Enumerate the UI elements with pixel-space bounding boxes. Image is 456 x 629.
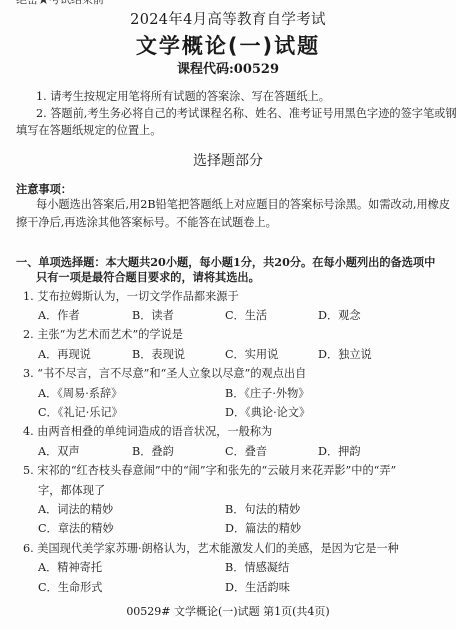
question-5: 5. 宋祁的“红杏枝头春意闹”中的“闹”字和张先的“云破月来花弄影”中的“弄” xyxy=(23,462,396,478)
q5-option-a: A．词法的精妙 xyxy=(38,501,113,517)
question-4: 4. 由两音相叠的单纯词造成的语音状况，一般称为 xyxy=(23,423,272,439)
question-2: 2. 主张“为艺术而艺术”的学说是 xyxy=(23,326,183,342)
q6-option-a: A．精神寄托 xyxy=(38,559,102,575)
question-1: 1. 艾布拉姆斯认为，一切文学作品都来源于 xyxy=(23,288,239,304)
question-stem: “书不尽言，言不尽意”和“圣人立象以尽意”的观点出自 xyxy=(37,367,306,380)
q3-option-a: A．《周易·系辞》 xyxy=(38,385,122,401)
q1-option-b: B．读者 xyxy=(132,307,174,323)
q6-option-d: D．生活韵味 xyxy=(225,579,290,595)
notice-line-1: 每小题选出答案后,用2B铅笔把答题纸上对应题目的答案标号涂黑。如需改动,用橡皮 xyxy=(36,197,450,213)
notice-line-2: 擦干净后,再选涂其他答案标号。不能答在试题卷上。 xyxy=(16,215,277,231)
exam-title: 2024年4月高等教育自学考试 xyxy=(0,8,456,29)
q4-option-d: D．押韵 xyxy=(318,443,361,459)
q5-option-b: B．句法的精妙 xyxy=(225,501,300,517)
confidential-header-cut: 绝密★考试结束前 xyxy=(16,0,104,7)
q3-option-d: D．《典论·论文》 xyxy=(225,404,310,420)
notice-label: 注意事项： xyxy=(16,181,72,197)
q3-option-c: C．《礼记·乐记》 xyxy=(38,404,123,420)
question-6: 6. 美国现代美学家苏珊·朗格认为，艺术能激发人们的美感，是因为它是一种 xyxy=(23,540,399,556)
question-3: 3. “书不尽言，言不尽意”和“圣人立象以尽意”的观点出自 xyxy=(23,365,306,381)
question-number: 6. xyxy=(23,542,34,555)
instruction-2-cont: 填写在答题纸规定的位置上。 xyxy=(16,123,161,139)
q6-option-b: B．情感凝结 xyxy=(225,559,289,575)
question-stem: 美国现代美学家苏珊·朗格认为，艺术能激发人们的美感，是因为它是一种 xyxy=(37,542,399,555)
q1-option-d: D．观念 xyxy=(318,307,361,323)
section-title: 选择题部分 xyxy=(0,150,456,170)
page-footer: 00529# 文学概论(一)试题 第1页(共4页) xyxy=(0,603,456,619)
q5-option-c: C．章法的精妙 xyxy=(38,520,114,536)
question-stem: 艾布拉姆斯认为，一切文学作品都来源于 xyxy=(37,290,238,303)
q5-option-d: D．篇法的精妙 xyxy=(225,520,301,536)
q2-option-a: A．再现说 xyxy=(38,346,91,362)
q4-option-b: B．叠韵 xyxy=(132,443,174,459)
part1-heading: 一、单项选择题：本大题共20小题，每小题1分，共20分。在每小题列出的备选项中 xyxy=(16,254,435,270)
question-stem: 宋祁的“红杏枝头春意闹”中的“闹”字和张先的“云破月来花弄影”中的“弄” xyxy=(37,464,396,477)
instruction-1: 1. 请考生按规定用笔将所有试题的答案涂、写在答题纸上。 xyxy=(36,89,330,105)
question-number: 1. xyxy=(23,290,34,303)
question-5-cont: 字，都体现了 xyxy=(38,482,105,498)
q4-option-a: A．双声 xyxy=(38,443,80,459)
question-number: 4. xyxy=(23,425,34,438)
q1-option-c: C．生活 xyxy=(225,307,267,323)
q2-option-c: C．实用说 xyxy=(225,346,278,362)
q3-option-b: B．《庄子·外物》 xyxy=(225,385,310,401)
instruction-2: 2. 答题前,考生务必将自己的考试课程名称、姓名、准考证号用黑色字迹的签字笔或钢… xyxy=(36,106,456,122)
question-number: 3. xyxy=(23,367,34,380)
question-stem: 主张“为艺术而艺术”的学说是 xyxy=(37,328,183,341)
question-number: 5. xyxy=(23,464,34,477)
subject-title: 文学概论(一)试题 xyxy=(0,30,456,60)
q2-option-b: B．表现说 xyxy=(132,346,185,362)
q1-option-a: A．作者 xyxy=(38,307,80,323)
q2-option-d: D．独立说 xyxy=(318,346,372,362)
course-code: 课程代码:00529 xyxy=(0,58,456,77)
question-number: 2. xyxy=(23,328,34,341)
q6-option-c: C．生命形式 xyxy=(38,579,103,595)
part1-heading-cont: 只有一项是最符合题目要求的，请将其选出。 xyxy=(36,269,260,285)
q4-option-c: C．叠音 xyxy=(225,443,267,459)
question-stem: 由两音相叠的单纯词造成的语音状况，一般称为 xyxy=(37,425,272,438)
